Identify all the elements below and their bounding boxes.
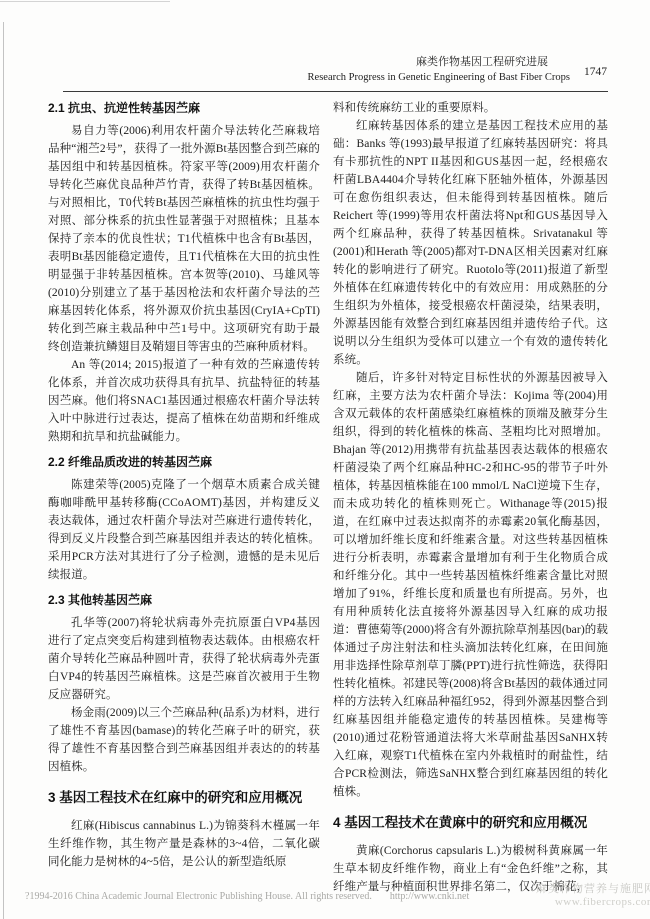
paragraph: 红麻(Hibiscus cannabinus L.)为锦葵科木槿属一年生纤维作物… — [48, 817, 320, 871]
column-right: 料和传统麻纺工业的重要原料。红麻转基因体系的建立是基因工程技术应用的基础：Ban… — [333, 99, 608, 896]
paragraph: 料和传统麻纺工业的重要原料。 — [333, 99, 608, 117]
copyright-text: ?1994-2016 China Academic Journal Electr… — [25, 891, 372, 902]
cnki-url: http://www.cnki.net — [390, 891, 469, 902]
column-left: 2.1 抗虫、抗逆性转基因苎麻易自力等(2006)利用农杆菌介导法转化苎麻栽培品… — [48, 99, 320, 871]
section-heading: 2.2 纤维品质改进的转基因苎麻 — [48, 453, 320, 471]
scan-edge-line — [3, 22, 4, 919]
watermark-url: www.fibercrops.com — [536, 896, 650, 909]
page-number: 1747 — [584, 66, 607, 78]
watermark-chinese: 麻类作物营养与施肥网 — [536, 883, 650, 896]
paragraph: 红麻转基因体系的建立是基因工程技术应用的基础：Banks 等(1993)最早报道… — [333, 117, 608, 369]
running-title-chinese: 麻类作物基因工程研究进展 — [308, 54, 570, 70]
paragraph: 杨金雨(2009)以三个苎麻品种(品系)为材料，进行了雄性不育基因(bamase… — [48, 704, 320, 776]
paragraph: 易自力等(2006)利用农杆菌介导法转化苎麻栽培品种“湘苎2号”，获得了一批外源… — [48, 122, 320, 356]
document-page: 麻类作物基因工程研究进展 Research Progress in Geneti… — [0, 0, 650, 919]
paragraph: 陈建荣等(2005)克隆了一个烟草木质素合成关键酶咖啡酰甲基转移酶(CCoAOM… — [48, 476, 320, 584]
paragraph: 孔华等(2007)将轮状病毒外壳抗原蛋白VP4基因进行了定点突变后构建到植物表达… — [48, 614, 320, 704]
site-watermark: 麻类作物营养与施肥网 www.fibercrops.com — [536, 883, 650, 909]
section-heading: 2.3 其他转基因苎麻 — [48, 591, 320, 609]
running-header: 麻类作物基因工程研究进展 Research Progress in Geneti… — [308, 54, 570, 86]
header-rule — [63, 91, 608, 92]
body-columns: 2.1 抗虫、抗逆性转基因苎麻易自力等(2006)利用农杆菌介导法转化苎麻栽培品… — [48, 99, 608, 896]
section-heading: 3 基因工程技术在红麻中的研究和应用概况 — [48, 788, 320, 808]
footer-copyright-line: ?1994-2016 China Academic Journal Electr… — [25, 891, 469, 902]
running-title-english: Research Progress in Genetic Engineering… — [308, 70, 570, 86]
paragraph: An 等(2014; 2015)报道了一种有效的苎麻遗传转化体系，并首次成功获得… — [48, 356, 320, 446]
scan-artifact-line — [0, 1, 170, 2]
paragraph: 随后，许多针对特定目标性状的外源基因被导入红麻，主要方法为农杆菌介导法：Koji… — [333, 369, 608, 801]
section-heading: 2.1 抗虫、抗逆性转基因苎麻 — [48, 99, 320, 117]
section-heading: 4 基因工程技术在黄麻中的研究和应用概况 — [333, 813, 608, 833]
